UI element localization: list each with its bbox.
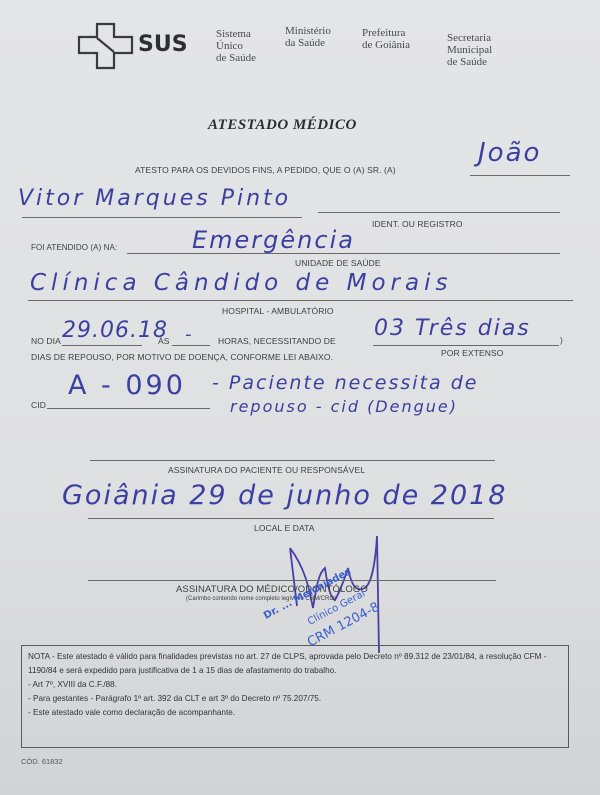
cid-note-line1[interactable]: - Paciente necessita de xyxy=(212,372,478,394)
cid-note-line2[interactable]: repouso - cid (Dengue) xyxy=(230,397,458,416)
patient-name-line-1 xyxy=(470,175,570,176)
institution-prefeitura: Prefeitura de Goiânia xyxy=(362,27,410,51)
hour-value[interactable]: - xyxy=(185,324,194,345)
rest-label: DIAS DE REPOUSO, POR MOTIVO DE DOENÇA, C… xyxy=(31,352,333,362)
nota-item: - Art 7º, XVIII da C.F./88. xyxy=(28,678,562,692)
hour-line xyxy=(172,345,210,346)
attended-label: FOI ATENDIDO (A) NA: xyxy=(31,243,117,252)
by-extenso-label: POR EXTENSO xyxy=(441,348,504,358)
hospital-value[interactable]: Clínica Cândido de Morais xyxy=(30,270,452,296)
day-label: NO DIA xyxy=(31,336,61,346)
health-unit-label: UNIDADE DE SAÚDE xyxy=(295,258,381,268)
intro-label: ATESTO PARA OS DEVIDOS FINS, A PEDIDO, Q… xyxy=(135,165,396,175)
institution-ministerio: Ministério da Saúde xyxy=(285,25,331,49)
patient-name-part2[interactable]: Vitor Marques Pinto xyxy=(18,186,291,211)
document-title: ATESTADO MÉDICO xyxy=(208,117,357,134)
ident-line xyxy=(318,212,560,213)
doctor-signature-line xyxy=(88,580,496,581)
sus-cross-icon xyxy=(76,22,136,70)
hospital-line xyxy=(28,300,573,301)
close-paren: ) xyxy=(560,335,563,345)
place-date-value[interactable]: Goiânia 29 de junho de 2018 xyxy=(62,480,508,511)
day-value[interactable]: 29.06.18 xyxy=(62,318,168,343)
sus-logo-text: SUS xyxy=(138,32,188,57)
patient-signature-line xyxy=(90,460,495,461)
nota-item: - Para gestantes - Parágrafo 1º art. 392… xyxy=(28,692,562,706)
hours-needing-label: HORAS, NECESSITANDO DE xyxy=(218,336,336,346)
place-date-line xyxy=(88,518,494,519)
cid-label: CID xyxy=(31,400,46,410)
form-code: CÓD. 61832 xyxy=(21,757,63,766)
cid-line xyxy=(47,408,210,409)
nota-item: - Este atestado vale como declaração de … xyxy=(28,706,562,720)
days-value[interactable]: 03 Três dias xyxy=(374,316,531,341)
doctor-signature-label: ASSINATURA DO MÉDICO/ODONTÓLOGO xyxy=(176,584,368,595)
institution-secretaria: Secretaria Municipal de Saúde xyxy=(447,32,492,68)
nota-box: NOTA - Este atestado é válido para final… xyxy=(21,645,569,748)
hour-label: ÀS xyxy=(158,336,170,346)
patient-name-line-2 xyxy=(22,217,302,218)
day-line xyxy=(62,345,142,346)
cid-value[interactable]: A - 090 xyxy=(68,370,186,401)
days-line xyxy=(373,345,559,346)
institution-sus: Sistema Único de Saúde xyxy=(216,28,256,64)
ident-label: IDENT. OU REGISTRO xyxy=(372,219,463,229)
sus-logo: SUS xyxy=(76,22,196,70)
nota-paragraph: NOTA - Este atestado é válido para final… xyxy=(28,650,562,678)
hospital-label: HOSPITAL - AMBULATÓRIO xyxy=(222,306,334,316)
health-unit-value[interactable]: Emergência xyxy=(192,226,355,254)
patient-signature-label: ASSINATURA DO PACIENTE OU RESPONSÁVEL xyxy=(168,465,365,475)
patient-name-part1[interactable]: João xyxy=(478,138,541,168)
